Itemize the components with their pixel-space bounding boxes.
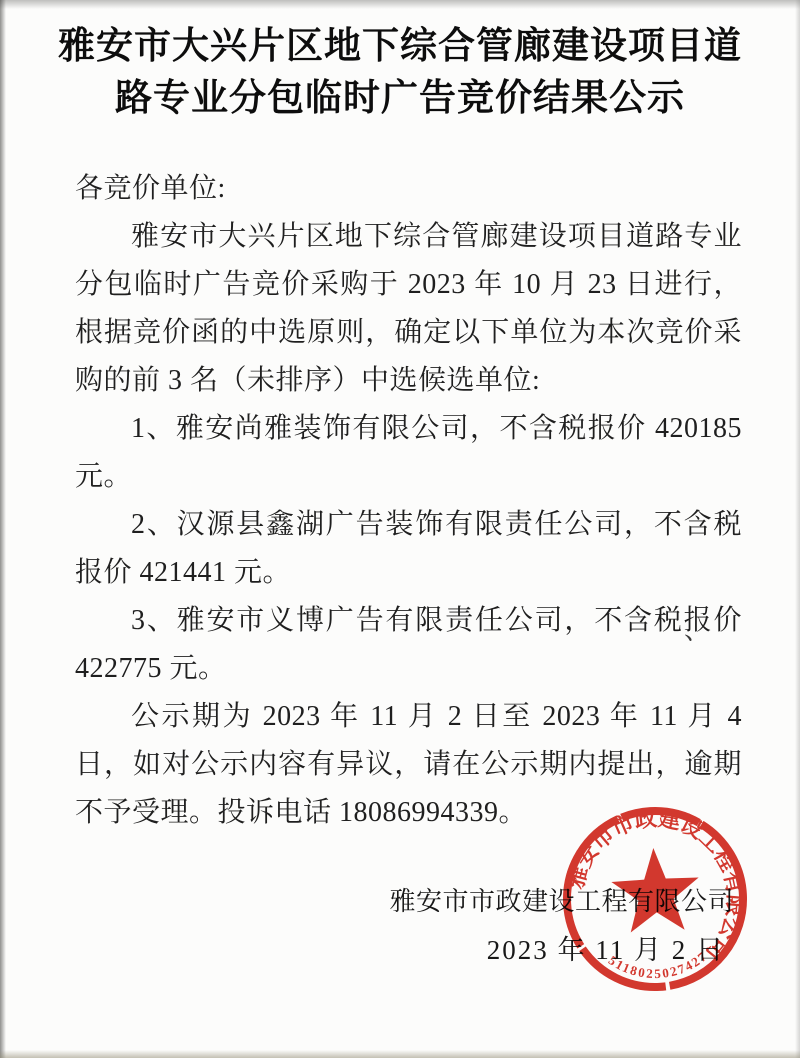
document-title-line-1: 雅安市大兴片区地下综合管廊建设项目道: [0, 21, 800, 73]
salutation: 各竞价单位:: [75, 165, 742, 213]
bid-result-item-1: 1、雅安尚雅装饰有限公司，不含税报价 420185 元。: [75, 405, 742, 501]
document-title-line-2: 路专业分包临时广告竞价结果公示: [0, 73, 800, 125]
scan-stray-mark: 、: [684, 610, 710, 647]
document-body: 各竞价单位: 雅安市大兴片区地下综合管廊建设项目道路专业分包临时广告竞价采购于 …: [75, 165, 742, 837]
scan-edge-top: [0, 0, 800, 9]
scan-edge-right: [795, 0, 800, 1058]
scan-edge-bottom: [0, 1050, 800, 1058]
intro-paragraph: 雅安市大兴片区地下综合管廊建设项目道路专业分包临时广告竞价采购于 2023 年 …: [75, 213, 742, 405]
scanned-document-page: 雅安市大兴片区地下综合管廊建设项目道 路专业分包临时广告竞价结果公示 各竞价单位…: [0, 0, 800, 1058]
bid-result-item-2: 2、汉源县鑫湖广告装饰有限责任公司，不含税报价 421441 元。: [75, 501, 742, 597]
document-title: 雅安市大兴片区地下综合管廊建设项目道 路专业分包临时广告竞价结果公示: [0, 0, 800, 125]
official-seal: 雅安市市政建设工程有限公司 5118025027427: [560, 804, 752, 996]
seal-star-icon: [610, 846, 702, 934]
bid-result-item-3: 3、雅安市义博广告有限责任公司，不含税报价 422775 元。: [75, 597, 742, 693]
scan-edge-left: [0, 0, 6, 1058]
